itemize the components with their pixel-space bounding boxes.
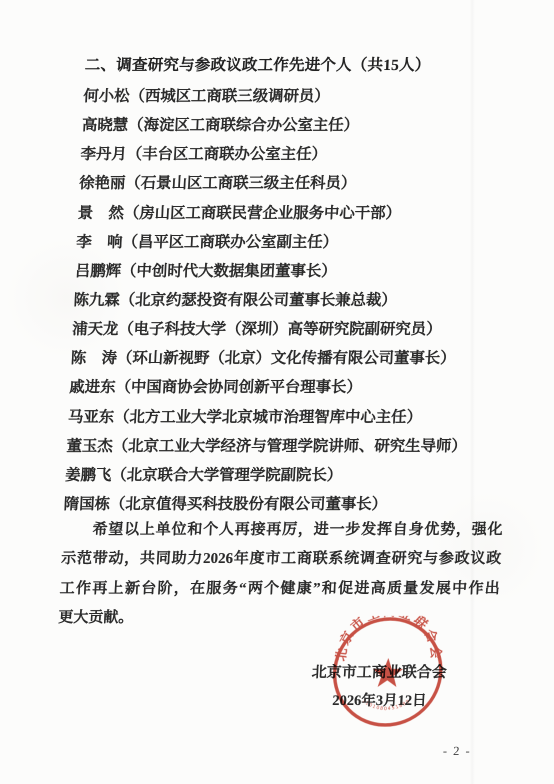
awardee-list: 何小松（西城区工商联三级调研员） 高晓慧（海淀区工商联综合办公室主任） 李丹月（… (63, 82, 484, 519)
list-item: 姜鹏飞（北京联合大学管理学院副院长） (64, 461, 466, 490)
list-item: 浦天龙（电子科技大学（深圳）高等研究院副研究员） (71, 315, 473, 344)
page-number: - 2 - (443, 744, 472, 759)
list-item: 隋国栋（北京值得买科技股份有限公司董事长） (63, 490, 465, 519)
list-item: 陈九霖（北京约瑟投资有限公司董事长兼总裁） (73, 286, 475, 315)
list-item: 高晓慧（海淀区工商联综合办公室主任） (81, 111, 483, 140)
list-item: 何小松（西城区工商联三级调研员） (83, 82, 485, 111)
list-item: 陈 涛（环山新视野（北京）文化传播有限公司董事长） (70, 344, 472, 373)
seal-star-icon (372, 658, 404, 687)
seal-arc-text-holder: 北京市工商业联合会 (333, 616, 447, 662)
scanned-content: 二、调查研究与参政议政工作先进个人（共15人） 何小松（西城区工商联三级调研员）… (0, 0, 554, 784)
paragraph-line: 工作再上新台阶，在服务“两个健康”和促进高质量发展中作出 (59, 575, 500, 604)
seal-svg: 北京市工商业联合会 1101080451889 (329, 616, 446, 728)
list-item: 董玉杰（北京工业大学经济与管理学院讲师、研究生导师） (66, 432, 468, 461)
section-title: 二、调查研究与参政议政工作先进个人（共15人） (84, 53, 431, 75)
seal-arc-text: 北京市工商业联合会 (333, 616, 447, 662)
seal-serial-number: 1101080451889 (360, 698, 412, 712)
document-page: 二、调查研究与参政议政工作先进个人（共15人） 何小松（西城区工商联三级调研员）… (0, 0, 554, 784)
list-item: 景 然（房山区工商联民营企业服务中心干部） (77, 199, 479, 228)
official-seal-stamp: 北京市工商业联合会 1101080451889 (329, 616, 446, 728)
list-item: 李丹月（丰台区工商联办公室主任） (80, 140, 482, 169)
list-item: 徐艳丽（石景山区工商联三级主任科员） (78, 169, 480, 198)
list-item: 戚进东（中国商协会协同创新平台理事长） (69, 373, 471, 402)
paragraph-line: 希望以上单位和个人再接再厉，进一步发挥自身优势，强化 (62, 516, 503, 545)
list-item: 吕鹏辉（中创时代大数据集团董事长） (74, 257, 476, 286)
list-item: 李 响（昌平区工商联办公室副主任） (76, 228, 478, 257)
list-item: 马亚东（北方工业大学北京城市治理智库中心主任） (67, 403, 469, 432)
seal-serial-holder: 1101080451889 (360, 698, 412, 712)
paragraph-line: 示范带动，共同助力2026年度市工商联系统调查研究与参政议政 (60, 545, 501, 574)
